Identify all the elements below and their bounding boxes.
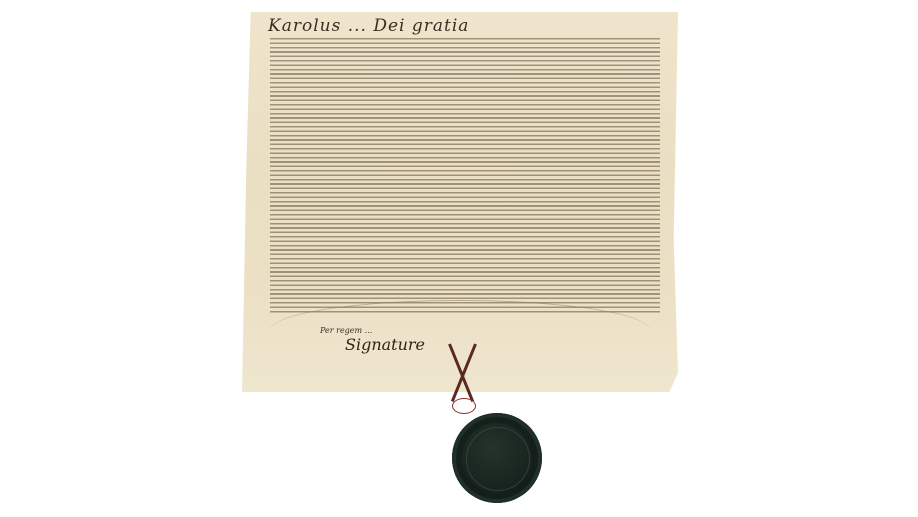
- royal-signature: Signature: [345, 335, 425, 354]
- seal-impression: [466, 427, 530, 491]
- wax-seal: [452, 413, 542, 503]
- document-photo: Karolus ... Dei gratia Per regem ... Sig…: [0, 0, 918, 517]
- charter-heading: Karolus ... Dei gratia: [268, 16, 469, 36]
- seal-cord-loop: [452, 398, 476, 414]
- charter-text-block: [270, 38, 660, 313]
- signature-note: Per regem ...: [320, 326, 372, 335]
